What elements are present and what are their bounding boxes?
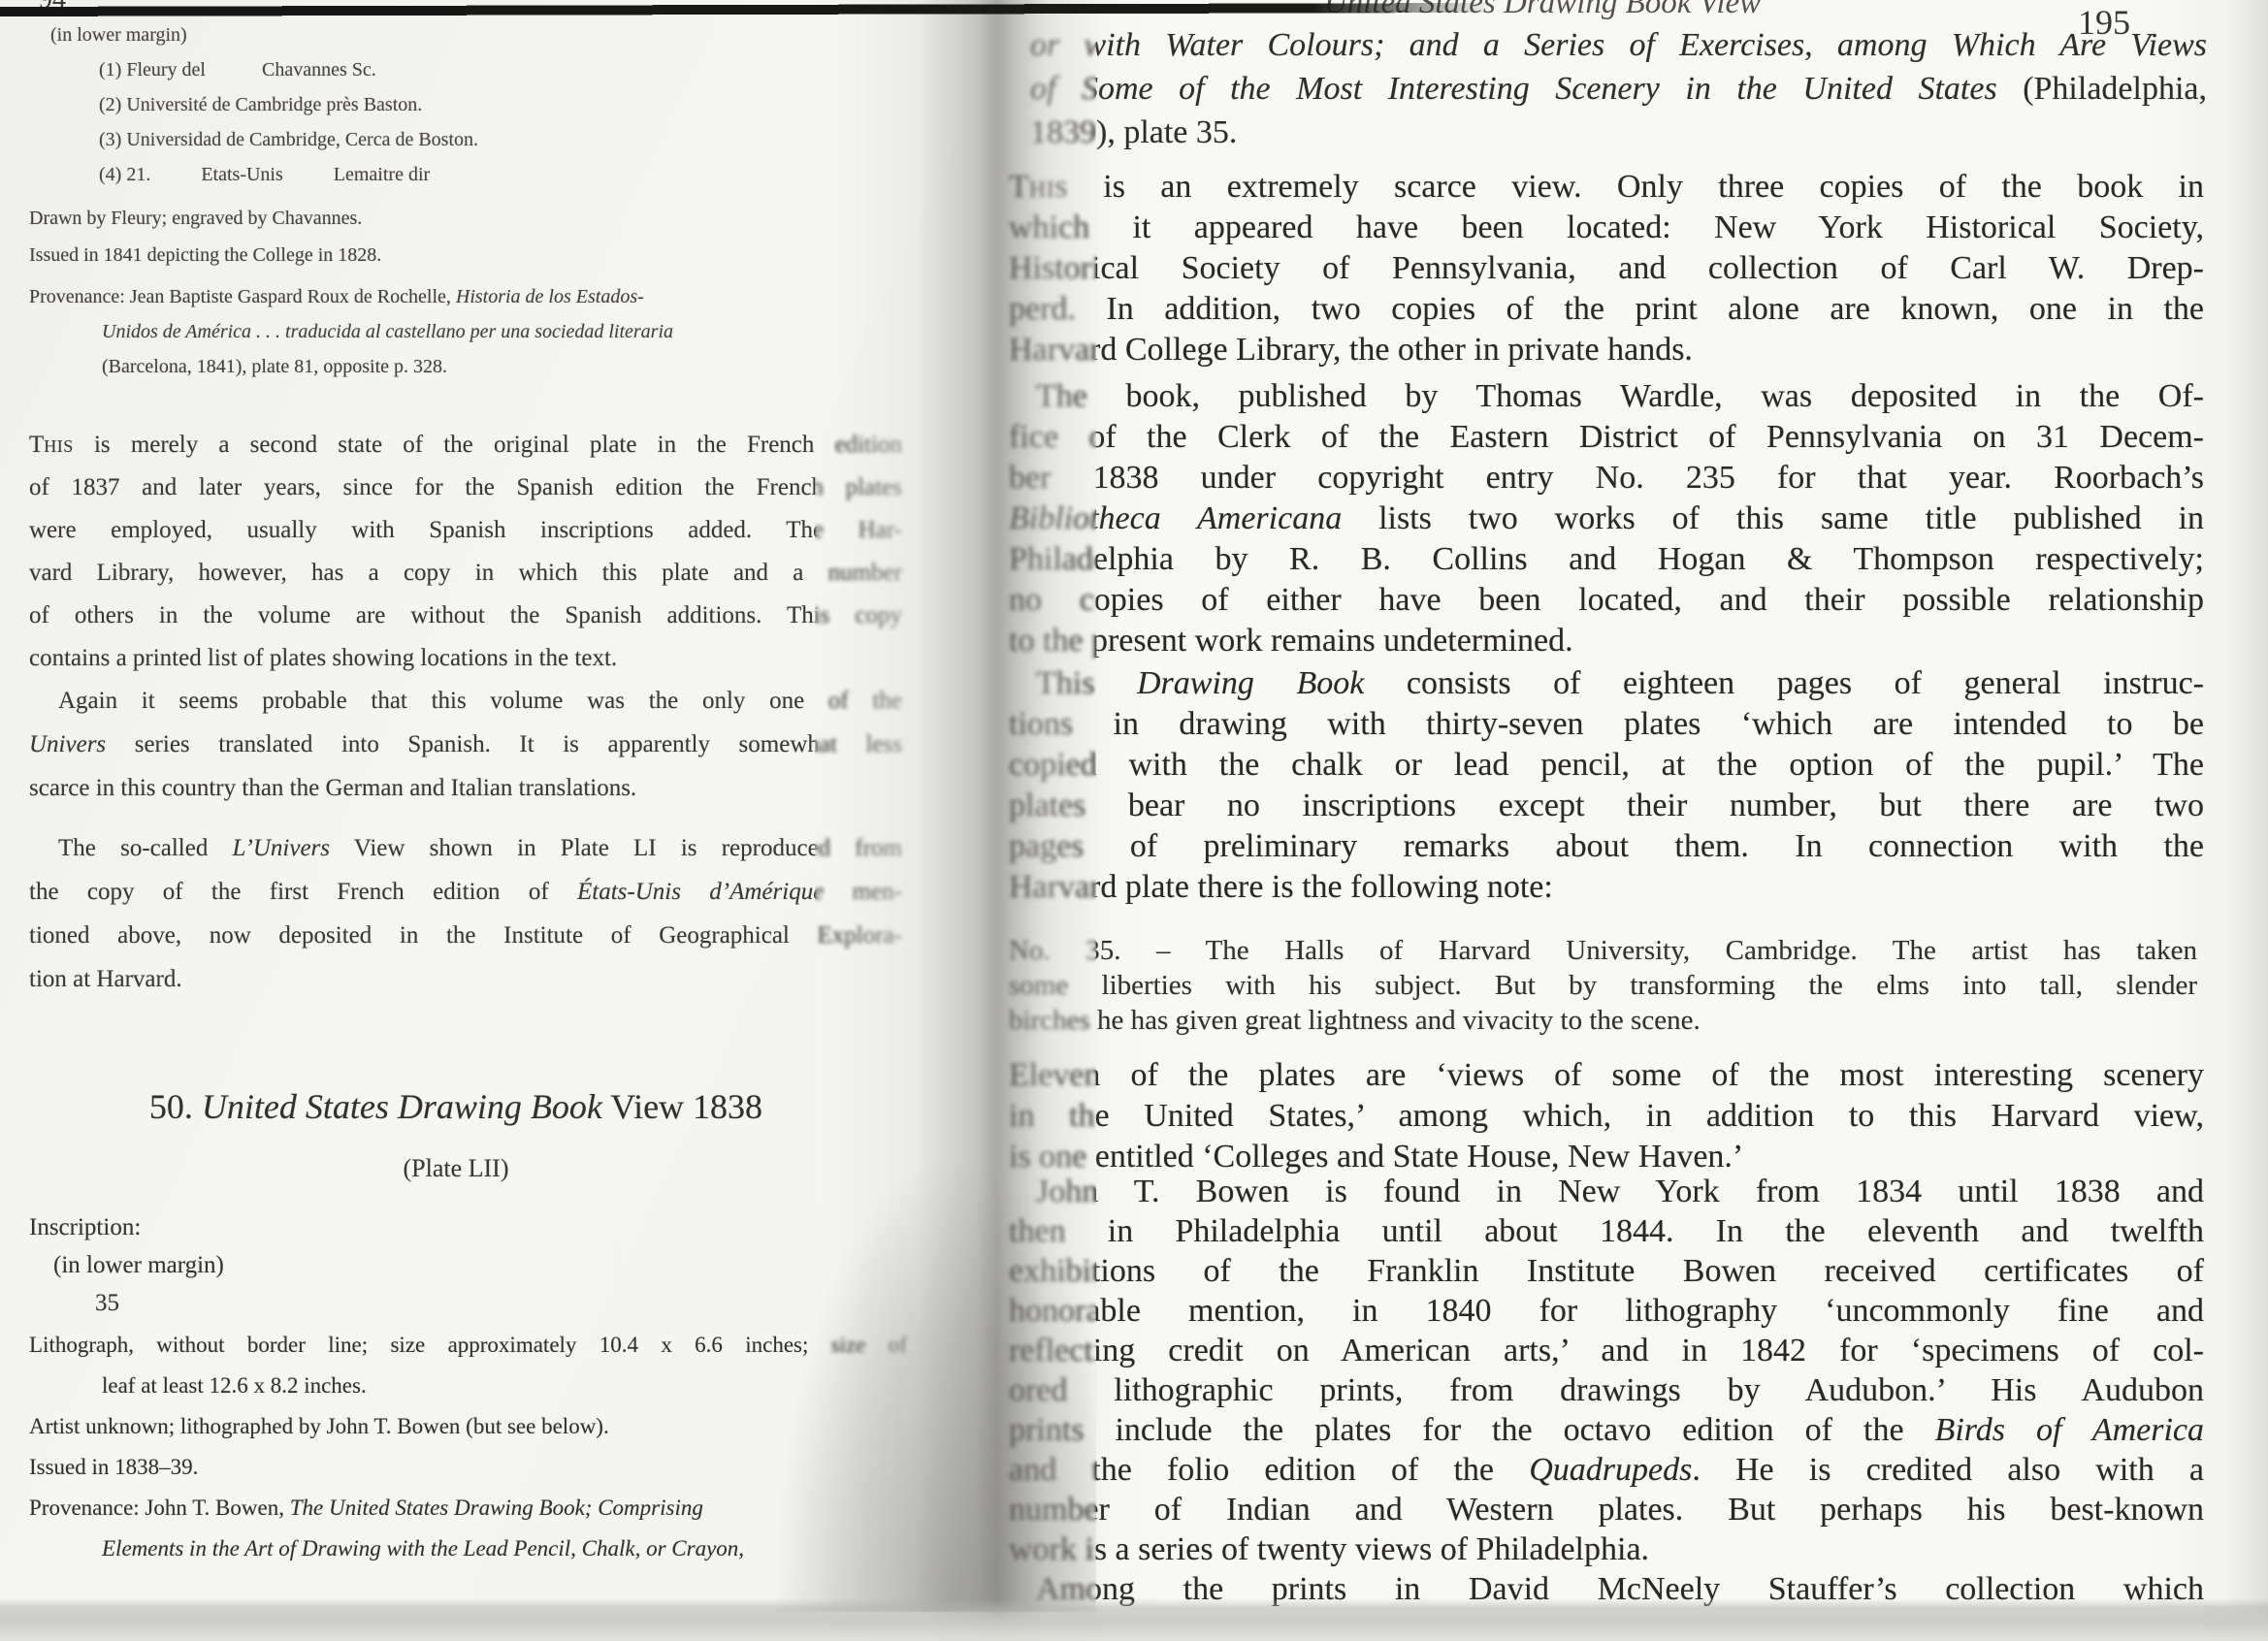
plate-reference: (Plate LII) [29,1152,883,1185]
credit-lines: Drawn by Fleury; engraved by Chavannes.I… [29,200,902,273]
paragraph-book-published: The book, published by Thomas Wardle, wa… [1009,376,2204,661]
provenance-entry-roux: Provenance: Jean Baptiste Gaspard Roux d… [29,279,931,384]
gutter-shadow-foot [776,1166,1096,1612]
inscription-list: (in lower margin)(1) Fleury delChavannes… [29,17,883,192]
paragraph-drawing-book: This Drawing Book consists of eighteen p… [1009,663,2204,908]
plate-note: No. 35. – The Halls of Harvard Universit… [1009,933,2197,1038]
paragraph-scarce-view: This is an extremely scarce view. Only t… [1009,167,2204,370]
paragraph-john-bowen: John T. Bowen is found in New York from … [1009,1172,2204,1569]
provenance-continuation: or with Water Colours; and a Series of E… [1030,23,2207,154]
book-scan: 94 United States Drawing Book View 195 (… [0,0,2268,1641]
inscription-block: Inscription:(in lower margin)35 [29,1208,902,1322]
paragraph-univers-series: Again it seems probable that this volume… [29,679,902,810]
paragraph-second-state: This is merely a second state of the ori… [29,424,902,680]
scan-edge-band-bottom [0,1598,2268,1641]
scan-edge-shade-right [2227,0,2268,1641]
entry-heading: 50. United States Drawing Book View 1838 [29,1084,883,1129]
paragraph-eleven-plates: Eleven of the plates are ‘views of some … [1009,1055,2204,1177]
text-layer: 94 United States Drawing Book View 195 (… [0,0,2268,1641]
paragraph-lunivers-view: The so-called L’Univers View shown in Pl… [29,826,902,1001]
